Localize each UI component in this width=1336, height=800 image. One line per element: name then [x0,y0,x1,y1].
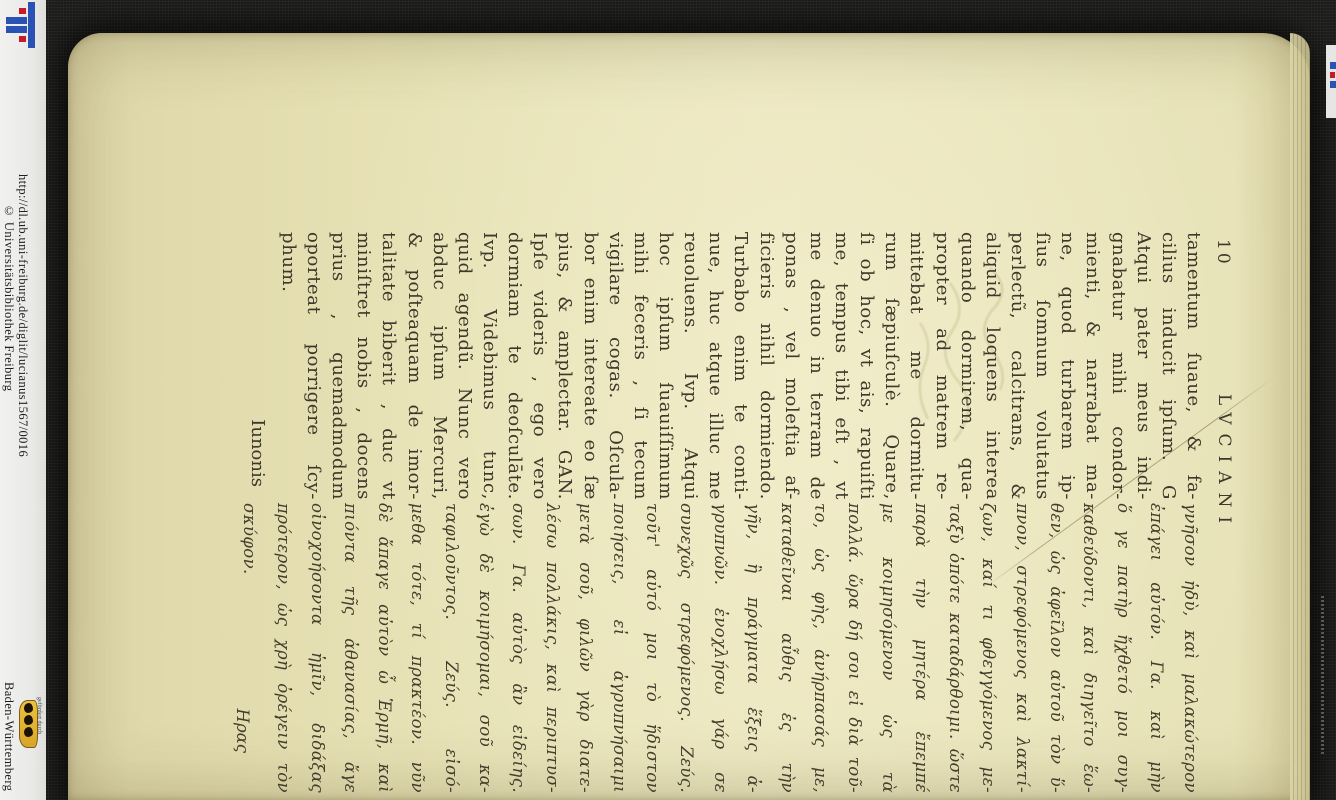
greek-text-line: το, ὡς φὴς, ἀνήρπασάς με, [804,503,838,793]
latin-text-line: abduc ipſum Mercuri, [427,232,452,500]
latin-text-line: vigilare cogas. Oſcula- [603,232,628,500]
source-url-text: http://dl.ub.uni-freiburg.de/diglit/luci… [15,174,30,457]
latin-text-line: mihi feceris , ſi tecum [628,232,653,500]
scan-viewer-frame: http://dl.ub.uni-freiburg.de/diglit/luci… [0,0,1336,800]
greek-text-line: γνῆσον ἡδὺ, καὶ μαλακώτερον [1173,503,1207,793]
latin-text-line: Turbabo enim te conti- [728,232,753,500]
latin-text-line: ſi ob hoc, vt ais, rapuiſti [854,232,879,500]
greek-text-line: ταξὺ ὁπότε καταδάρθοιμι. ὥστε [938,503,972,793]
latin-text-line: mienti, & narrabat ma- [1080,232,1105,500]
greek-text-line: με κοιμησόμενον ὡς τὰ [871,503,905,793]
latin-text-line: ne, quod turbarem ip- [1055,232,1080,500]
greek-text-column: γνῆσον ἡδὺ, καὶ μαλακώτερονἐπάγει αὐτόν.… [233,503,1207,793]
copyright-text: © Universitätsbibliothek Freiburg [1,204,16,391]
latin-text-line: Ipſe videris , ego vero [527,232,552,500]
latin-text-column: tamentum ſuaue, & fa-cilius inducit ipſu… [276,232,1206,500]
latin-text-line: gnabatur mihi condor- [1105,232,1130,500]
latin-text-line: propter ad matrem re- [929,232,954,500]
latin-text-line: oporteat porrigere ſcy- [301,232,326,500]
latin-text-line: miniſtret nobis , docens [351,232,376,500]
latin-text-line: prius , quemadmodum [326,232,351,500]
latin-text-line: ſius ſomnum volutatus [1030,232,1055,500]
latin-text-line: hoc ipſum ſuauiſſimum [653,232,678,500]
latin-text-line: pius, & amplectar. GAN. [552,232,577,500]
latin-text-line: ponas , vel moleſtia af- [779,232,804,500]
greek-text-line: πολλά. ὥρα δή σοι εἰ διὰ τοῦ- [837,503,871,793]
page-number: 10 [1213,239,1233,267]
latin-text-line: nue, huc atque illuc me [703,232,728,500]
greek-text-line: ἐπάγει αὐτόν. Γα. καὶ μὴν [1140,503,1174,793]
greek-text-line: γῆν, ἢ πράγματα ἕξεις ἀ- [737,503,771,793]
latin-text-line: Atqui pater meus indi- [1131,232,1156,500]
latin-text-line: me denuo in terram de [804,232,829,500]
greek-text-line: ὅ γε πατὴρ ἤχθετό μοι συγ- [1106,503,1140,793]
greek-text-line: θεν, ὡς ἀφεῖλον αὐτοῦ τὸν ὕ- [1039,503,1073,793]
greek-text-line: πρότερον, ὡς χρὴ ὀρέγειν τὸν [266,503,300,793]
running-header: LVCIANI [1214,333,1234,593]
scanned-book-page: 10 LVCIANI tamentum ſuaue, & fa-cilius i… [68,33,1310,800]
greek-text-line: γρυπνῶν. ἐνοχλήσω γάρ σε [703,503,737,793]
latin-text-line: mittebat me dormitu- [904,232,929,500]
latin-text-line: Ivp. Videbimus tunc, [477,232,502,500]
greek-text-line: καταθεῖναι αὖθις ἐς τὴν [770,503,804,793]
latin-text-line: me, tempus tibi eſt , vt [829,232,854,500]
latin-text-line: tamentum ſuaue, & fa- [1181,232,1206,500]
page-stack-edge [1290,33,1310,800]
latin-text-line: cilius inducit ipſum. G [1156,232,1181,500]
latin-text-line: bor enim intereate eo ſæ [577,232,602,500]
latin-text-line: & poſteaquam de imor- [402,232,427,500]
greek-text-line: σων. Γα. αὐτὸς ἂν εἰδείης. [502,503,536,793]
latin-text-line: phum. [276,232,301,500]
greek-text-line: πνον, στρεφόμενος καὶ λακτί- [1005,503,1039,793]
latin-text-line: aliquid loquens interea [980,232,1005,500]
greek-text-line: ποιήσεις, εἰ ἀγρυπνήσαιμι [602,503,636,793]
greek-text-line: οἰνοχοήσοντα ἡμῖν, διδάξας [300,503,334,793]
greek-text-line: παρὰ τὴν μητέρα ἔπεμπέ [905,503,939,793]
greek-text-line: ζων, καί τι φθεγγόμενος με- [972,503,1006,793]
latin-text-line: perlectũ, calcitrans, & [1005,232,1030,500]
baden-wuerttemberg-coat-of-arms-icon [19,700,38,748]
latin-text-line: dormiam te deoſculāte. [502,232,527,500]
greek-text-line: ἐγὼ δὲ κοιμήσομαι, σοῦ κα- [468,503,502,793]
greek-catchword: Ηρας [233,503,252,753]
greek-text-line: ταφιλοῦντος. Ζεύς. εἰσό- [434,503,468,793]
latin-catchword: Iunonis [247,232,268,487]
latin-text-line: quid agendũ. Nunc vero [452,232,477,500]
greek-text-line: καθεύδοντι, καὶ διηγεῖτο ἕω- [1073,503,1107,793]
latin-text-line: rum ſæpiuſculè. Quare, [879,232,904,500]
ub-freiburg-logo-icon [0,0,46,54]
greek-text-line: λέσω πολλάκις, καὶ περιπτυσ- [535,503,569,793]
viewer-sidebar: http://dl.ub.uni-freiburg.de/diglit/luci… [0,0,46,800]
greek-text-line: δὲ ἄπαγε αὐτὸν ὦ Ἑρμῆ, καὶ [367,503,401,793]
greek-text-line: μεθα τότε, τί πρακτέον. νῦν [401,503,435,793]
micro-text-strip [1321,594,1324,754]
greek-text-line: τοῦτ' αὐτό μοι τὸ ἥδιστον [636,503,670,793]
latin-text-line: ficieris nihil dormiendo. [753,232,778,500]
greek-text-line: πιόντα τῆς ἀθανασίας, ἄγε [334,503,368,793]
funding-region-text: Baden-Württemberg [1,682,16,791]
latin-text-line: quando dormirem, qua- [955,232,980,500]
greek-text-line: μετὰ σοῦ, φιλῶν γὰρ διατε- [569,503,603,793]
latin-text-line: reuoluens. Ivp. Atqui [678,232,703,500]
latin-text-line: talitate biberit , duc vt [376,232,401,500]
greek-text-line: συνεχῶς στρεφόμενος. Ζεύς. [670,503,704,793]
